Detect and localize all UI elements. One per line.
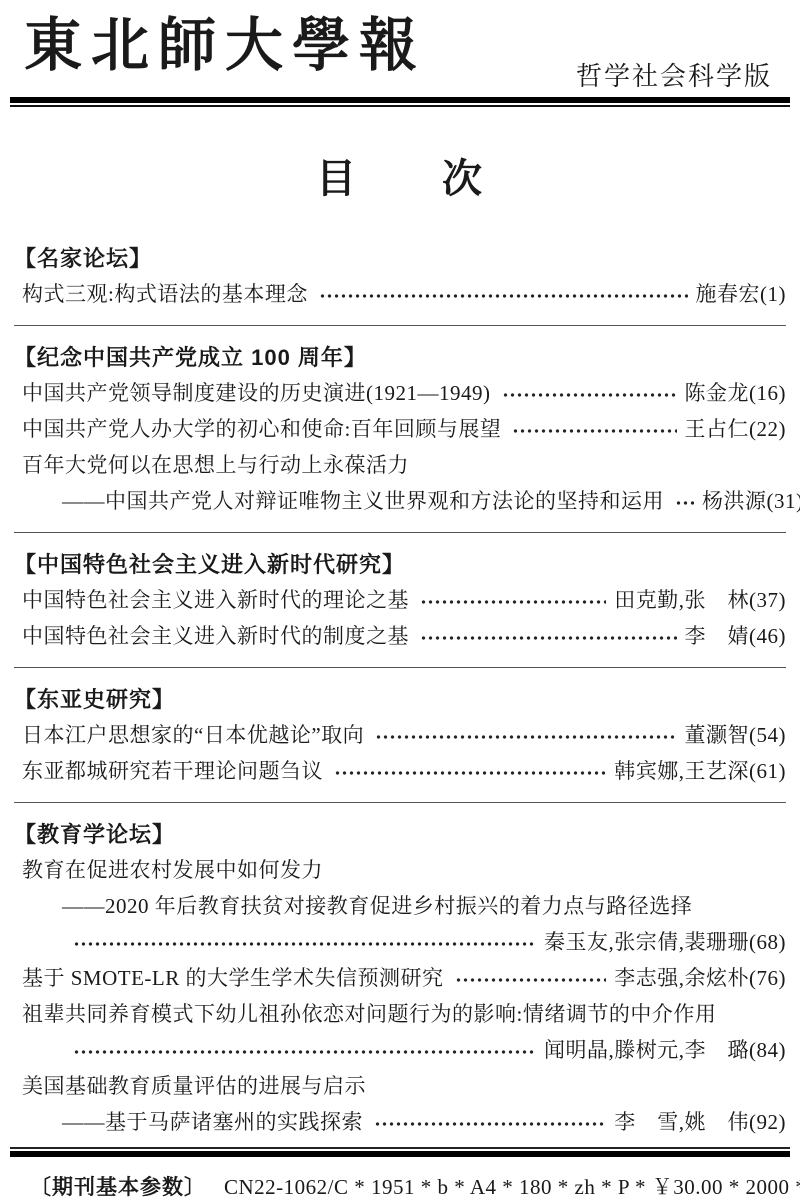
entry-title: 日本江户思想家的“日本优越论”取向 (22, 720, 364, 750)
toc-entry-row: 闻明晶,滕树元,李 璐(84) (14, 1035, 786, 1065)
toc-entry-row: ——中国共产党人对辩证唯物主义世界观和方法论的坚持和运用杨洪源(31) (14, 486, 786, 516)
section-divider (14, 532, 786, 533)
toc-entry-row: ——基于马萨诸塞州的实践探索李 雪,姚 伟(92) (14, 1107, 786, 1137)
entry-authors-page: 董灏智(54) (685, 720, 787, 750)
entry-title: 基于 SMOTE-LR 的大学生学术失信预测研究 (22, 963, 444, 993)
toc-entry-row: ——2020 年后教育扶贫对接教育促进乡村振兴的着力点与路径选择 (14, 891, 786, 921)
entry-authors-page: 王占仁(22) (685, 414, 787, 444)
section-divider (14, 802, 786, 803)
dot-leader (74, 1035, 536, 1065)
masthead: 東北師大學報 哲学社会科学版 (0, 0, 800, 97)
entry-title: 构式三观:构式语法的基本理念 (22, 279, 308, 309)
dot-leader (676, 486, 694, 516)
section-header: 【中国特色社会主义进入新时代研究】 (14, 551, 786, 579)
toc-entry-row: 日本江户思想家的“日本优越论”取向董灏智(54) (14, 720, 786, 750)
footer-divider (10, 1147, 790, 1157)
entry-title: ——中国共产党人对辩证唯物主义世界观和方法论的坚持和运用 (62, 486, 664, 516)
toc-section: 【东亚史研究】日本江户思想家的“日本优越论”取向董灏智(54)东亚都城研究若干理… (14, 686, 786, 786)
entry-authors-page: 韩宾娜,王艺深(61) (614, 756, 786, 786)
toc-section: 【名家论坛】构式三观:构式语法的基本理念施春宏(1) (14, 245, 786, 309)
dot-leader (376, 720, 676, 750)
dot-leader (335, 756, 606, 786)
contents-heading: 目 次 (0, 153, 800, 205)
section-divider (14, 325, 786, 326)
toc-entry-row: 百年大党何以在思想上与行动上永葆活力 (14, 450, 786, 480)
dot-leader (74, 927, 536, 957)
toc-entry-row: 祖辈共同养育模式下幼儿祖孙依恋对问题行为的影响:情绪调节的中介作用 (14, 999, 786, 1029)
toc-entry-row: 中国共产党领导制度建设的历史演进(1921—1949)陈金龙(16) (14, 378, 786, 408)
toc-entry-row: 东亚都城研究若干理论问题刍议韩宾娜,王艺深(61) (14, 756, 786, 786)
entry-title: 教育在促进农村发展中如何发力 (22, 855, 323, 885)
entry-authors-page: 秦玉友,张宗倩,裴珊珊(68) (544, 927, 786, 957)
entry-authors-page: 李 婧(46) (685, 621, 787, 651)
journal-parameters-value: CN22-1062/C * 1951 * b * A4 * 180 * zh *… (224, 1171, 800, 1200)
dot-leader (421, 621, 677, 651)
dot-leader (320, 279, 688, 309)
entry-title: 祖辈共同养育模式下幼儿祖孙依恋对问题行为的影响:情绪调节的中介作用 (22, 999, 716, 1029)
toc-entry-row: 美国基础教育质量评估的进展与启示 (14, 1071, 786, 1101)
entry-title: 东亚都城研究若干理论问题刍议 (22, 756, 323, 786)
entry-authors-page: 田克勤,张 林(37) (614, 585, 786, 615)
toc-section: 【中国特色社会主义进入新时代研究】中国特色社会主义进入新时代的理论之基田克勤,张… (14, 551, 786, 651)
dot-leader (456, 963, 607, 993)
entry-title: 中国特色社会主义进入新时代的制度之基 (22, 621, 409, 651)
journal-parameters-label: 〔期刊基本参数〕 (30, 1171, 206, 1200)
journal-edition-label: 哲学社会科学版 (576, 56, 772, 93)
masthead-divider (10, 97, 790, 107)
entry-title: ——基于马萨诸塞州的实践探索 (62, 1107, 363, 1137)
journal-parameters: 〔期刊基本参数〕 CN22-1062/C * 1951 * b * A4 * 1… (0, 1171, 800, 1200)
toc-section: 【纪念中国共产党成立 100 周年】中国共产党领导制度建设的历史演进(1921—… (14, 344, 786, 516)
entry-authors-page: 李 雪,姚 伟(92) (614, 1107, 786, 1137)
dot-leader (421, 585, 606, 615)
section-divider (14, 667, 786, 668)
dot-leader (503, 378, 677, 408)
entry-authors-page: 施春宏(1) (696, 279, 787, 309)
toc-entry-row: 秦玉友,张宗倩,裴珊珊(68) (14, 927, 786, 957)
entry-title: 百年大党何以在思想上与行动上永葆活力 (22, 450, 409, 480)
toc-sections: 【名家论坛】构式三观:构式语法的基本理念施春宏(1)【纪念中国共产党成立 100… (0, 245, 800, 1137)
masthead-divider-thin-line (10, 105, 790, 107)
section-header: 【纪念中国共产党成立 100 周年】 (14, 344, 786, 372)
entry-authors-page: 陈金龙(16) (685, 378, 787, 408)
section-header: 【东亚史研究】 (14, 686, 786, 714)
toc-entry-row: 中国特色社会主义进入新时代的制度之基李 婧(46) (14, 621, 786, 651)
footer-divider-thick-line (10, 1151, 790, 1157)
toc-entry-row: 中国特色社会主义进入新时代的理论之基田克勤,张 林(37) (14, 585, 786, 615)
entry-authors-page: 杨洪源(31) (702, 486, 800, 516)
toc-entry-row: 构式三观:构式语法的基本理念施春宏(1) (14, 279, 786, 309)
dot-leader (375, 1107, 606, 1137)
entry-title: 中国共产党领导制度建设的历史演进(1921—1949) (22, 378, 491, 408)
toc-entry-row: 教育在促进农村发展中如何发力 (14, 855, 786, 885)
entry-authors-page: 闻明晶,滕树元,李 璐(84) (544, 1035, 786, 1065)
entry-title: ——2020 年后教育扶贫对接教育促进乡村振兴的着力点与路径选择 (62, 891, 692, 921)
entry-title: 中国共产党人办大学的初心和使命:百年回顾与展望 (22, 414, 501, 444)
entry-title: 美国基础教育质量评估的进展与启示 (22, 1071, 366, 1101)
section-header: 【名家论坛】 (14, 245, 786, 273)
entry-authors-page: 李志强,余炫朴(76) (614, 963, 786, 993)
toc-entry-row: 中国共产党人办大学的初心和使命:百年回顾与展望王占仁(22) (14, 414, 786, 444)
journal-title: 東北師大學報 (24, 6, 426, 86)
journal-toc-page: 東北師大學報 哲学社会科学版 目 次 【名家论坛】构式三观:构式语法的基本理念施… (0, 0, 800, 1200)
dot-leader (513, 414, 676, 444)
toc-entry-row: 基于 SMOTE-LR 的大学生学术失信预测研究李志强,余炫朴(76) (14, 963, 786, 993)
entry-title: 中国特色社会主义进入新时代的理论之基 (22, 585, 409, 615)
section-header: 【教育学论坛】 (14, 821, 786, 849)
toc-section: 【教育学论坛】教育在促进农村发展中如何发力——2020 年后教育扶贫对接教育促进… (14, 821, 786, 1137)
